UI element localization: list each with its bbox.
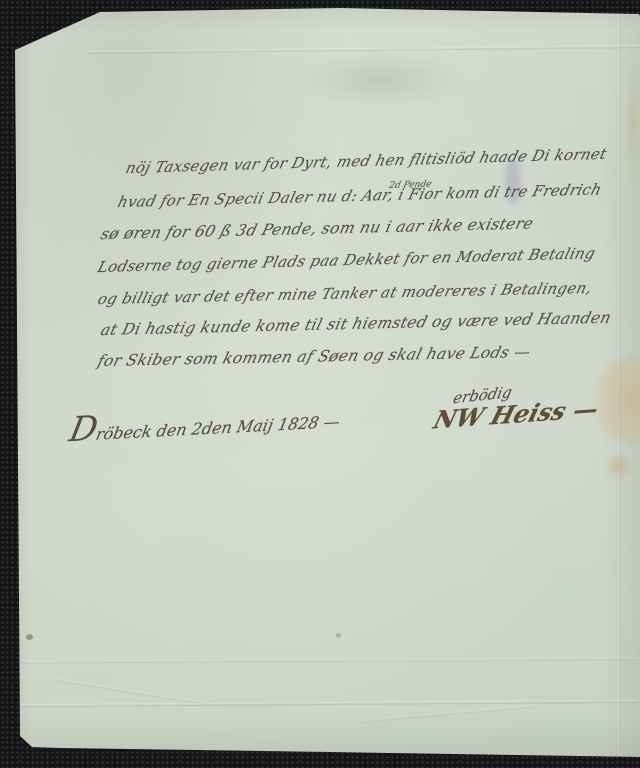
handwritten-line: hvad for En Specii Daler nu d: Aar, i Fi… [116, 182, 603, 210]
crease [18, 657, 638, 663]
crease [56, 678, 205, 704]
handwritten-line: Lodserne tog gierne Plads paa Dekket for… [96, 246, 597, 275]
crease [18, 700, 638, 707]
dateline: Dröbeck den 2den Maij 1828 — [67, 406, 343, 444]
crease [88, 45, 640, 54]
stain [604, 452, 634, 480]
crease [618, 14, 621, 754]
handwritten-line: og billigt var det efter mine Tanker at … [96, 281, 594, 307]
handwritten-line: sø øren for 60 ß 3d Pende, som nu i aar … [99, 216, 535, 242]
handwritten-line: for Skiber som kommen af Søen og skal ha… [96, 345, 532, 370]
letter-paper: nöj Taxsegen var for Dyrt, med hen fliti… [0, 0, 640, 768]
stain [626, 58, 640, 188]
photo-backdrop: nöj Taxsegen var for Dyrt, med hen fliti… [0, 0, 640, 768]
handwritten-line: at Di hastig kunde kome til sit hiemsted… [99, 311, 613, 339]
paper-shading [0, 0, 640, 768]
speck [336, 633, 341, 638]
speck [26, 634, 33, 640]
handwritten-line: nöj Taxsegen var for Dyrt, med hen fliti… [124, 147, 608, 176]
bleedthrough-mark [295, 52, 465, 108]
crease [360, 704, 540, 723]
